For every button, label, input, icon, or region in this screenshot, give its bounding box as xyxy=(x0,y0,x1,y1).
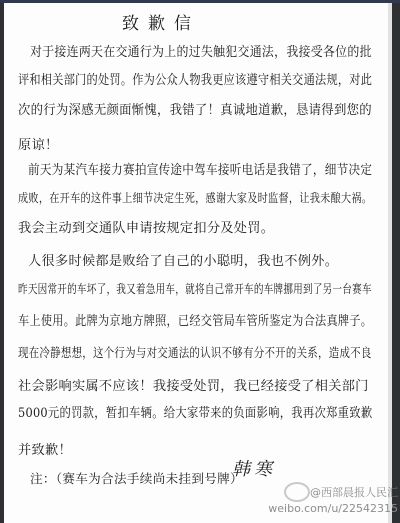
letter-line: 人很多时候都是败给了自己的小聪明，我也不例外。 xyxy=(28,250,338,269)
letter-line: 成败，在开车的这件事上细节决定生死，感谢大家及时监督，让我未酿大祸。 xyxy=(18,189,372,206)
signature: 韩寒 xyxy=(232,455,276,481)
weibo-watermark: @西部晨报人民汇 weibo.com/u/22542315 xyxy=(230,482,400,522)
letter-line: 我会主动到交通队申请按规定扣分及处罚。 xyxy=(18,217,274,236)
letter-line: 并致歉！ xyxy=(18,439,72,458)
letter-line: 前天为某汽车接力赛拍宣传途中驾车接听电话是我错了，细节决定 xyxy=(28,159,372,178)
letter-line: 评和相关部门的处罚。作为公众人物我更应该遵守相关交通法规，对此 xyxy=(18,69,372,88)
letter-line: 社会影响实属不应该！我接受处罚，我已经接受了相关部门 xyxy=(18,375,369,394)
letter-note: 注：（赛车为合法手续尚未挂到号牌） xyxy=(30,468,243,487)
watermark-url: weibo.com/u/22542315 xyxy=(268,502,398,515)
letter-line: 次的行为深感无颜面惭愧，我错了！真诚地道歉，恳请得到您的 xyxy=(18,99,372,118)
letter-paper: 致歉信 对于接连两天在交通行为上的过失触犯交通法，我接受各位的批 评和相关部门的… xyxy=(4,3,392,523)
letter-line: 车上使用。此牌为京地方牌照，已经交管局车管所鉴定为合法真牌子。 xyxy=(18,310,372,329)
letter-line: 昨天因常开的车坏了，我又着急用车，就将自己常开车的车牌挪用到了另一台赛车 xyxy=(18,280,372,297)
letter-line: 对于接连两天在交通行为上的过失触犯交通法，我接受各位的批 xyxy=(30,41,372,60)
watermark-user: @西部晨报人民汇 xyxy=(310,484,398,500)
letter-line: 原谅！ xyxy=(18,134,58,153)
letter-title: 致歉信 xyxy=(122,9,200,34)
letter-line: 5000元的罚款，暂扣车辆。给大家带来的负面影响，我再次郑重致歉 xyxy=(18,402,372,421)
weibo-logo-icon xyxy=(284,482,310,502)
letter-line: 现在冷静想想，这个行为与对交通法的认识不够有分不开的关系，造成不良 xyxy=(18,342,372,361)
